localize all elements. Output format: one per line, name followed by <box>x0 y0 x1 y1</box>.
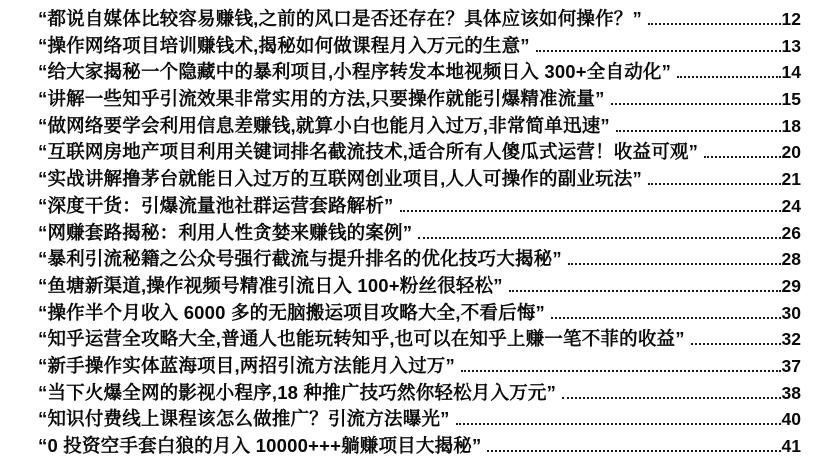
toc-entry-title: “网赚套路揭秘：利用人性贪婪来赚钱的案例” <box>38 219 412 245</box>
toc-entry-page: 15 <box>782 89 801 110</box>
dot-leader <box>704 156 780 158</box>
toc-entry-title: “操作网络项目培训赚钱术,揭秘如何做课程月入万元的生意” <box>38 32 530 58</box>
toc-entry[interactable]: “知乎运营全攻略大全,普通人也能玩转知乎,也可以在知乎上赚一笔不菲的收益” 32 <box>38 325 801 352</box>
toc-entry[interactable]: “做网络要学会利用信息差赚钱,就算小白也能月入过万,非常简单迅速” 18 <box>38 112 801 139</box>
dot-leader <box>400 210 781 212</box>
toc-entry-page: 38 <box>782 383 801 404</box>
dot-leader <box>536 50 781 52</box>
toc-entry-title: “深度干货：引爆流量池社群运营套路解析” <box>38 192 394 218</box>
toc-entry-page: 12 <box>782 9 801 30</box>
toc-entry[interactable]: “互联网房地产项目利用关键词排名截流技术,适合所有人傻瓜式运营！收益可观” 20 <box>38 138 801 165</box>
toc-entry-page: 29 <box>782 276 801 297</box>
toc-entry[interactable]: “给大家揭秘一个隐藏中的暴利项目,小程序转发本地视频日入 300+全自动化” 1… <box>38 58 801 85</box>
dot-leader <box>456 423 781 425</box>
toc-entry[interactable]: “0 投资空手套白狼的月入 10000+++躺赚项目大揭秘” 41 <box>38 432 801 459</box>
toc-entry[interactable]: “操作网络项目培训赚钱术,揭秘如何做课程月入万元的生意” 13 <box>38 32 801 59</box>
toc-entry-page: 26 <box>782 223 801 244</box>
toc-entry-page: 20 <box>782 142 801 163</box>
toc-entry-page: 40 <box>782 409 801 430</box>
toc-entry-title: “暴利引流秘籍之公众号强行截流与提升排名的优化技巧大揭秘” <box>38 245 562 271</box>
toc-entry[interactable]: “知识付费线上课程该怎么做推广？引流方法曝光” 40 <box>38 405 801 432</box>
toc-entry[interactable]: “鱼塘新渠道,操作视频号精准引流日入 100+粉丝很轻松” 29 <box>38 272 801 299</box>
toc-entry[interactable]: “讲解一些知乎引流效果非常实用的方法,只要操作就能引爆精准流量” 15 <box>38 85 801 112</box>
dot-leader <box>648 23 781 25</box>
toc-entry-title: “鱼塘新渠道,操作视频号精准引流日入 100+粉丝很轻松” <box>38 272 503 298</box>
toc-entry-title: “操作半个月收入 6000 多的无脑搬运项目攻略大全,不看后悔” <box>38 299 545 325</box>
toc-entry[interactable]: “实战讲解撸茅台就能日入过万的互联网创业项目,人人可操作的副业玩法” 21 <box>38 165 801 192</box>
toc-entry[interactable]: “都说自媒体比较容易赚钱,之前的风口是否还存在？具体应该如何操作？” 12 <box>38 5 801 32</box>
toc-entry-page: 28 <box>782 249 801 270</box>
toc-list: “都说自媒体比较容易赚钱,之前的风口是否还存在？具体应该如何操作？” 12 “操… <box>38 5 801 459</box>
toc-entry-title: “给大家揭秘一个隐藏中的暴利项目,小程序转发本地视频日入 300+全自动化” <box>38 58 671 84</box>
toc-entry-title: “都说自媒体比较容易赚钱,之前的风口是否还存在？具体应该如何操作？” <box>38 5 642 31</box>
toc-entry-page: 14 <box>782 62 801 83</box>
toc-entry-title: “0 投资空手套白狼的月入 10000+++躺赚项目大揭秘” <box>38 432 481 458</box>
toc-entry-title: “实战讲解撸茅台就能日入过万的互联网创业项目,人人可操作的副业玩法” <box>38 165 642 191</box>
toc-entry-title: “新手操作实体蓝海项目,两招引流方法能月入过万” <box>38 352 455 378</box>
toc-entry[interactable]: “操作半个月收入 6000 多的无脑搬运项目攻略大全,不看后悔” 30 <box>38 299 801 326</box>
toc-entry[interactable]: “深度干货：引爆流量池社群运营套路解析” 24 <box>38 192 801 219</box>
dot-leader <box>562 397 780 399</box>
dot-leader <box>611 103 781 105</box>
toc-entry-title: “做网络要学会利用信息差赚钱,就算小白也能月入过万,非常简单迅速” <box>38 112 610 138</box>
dot-leader <box>677 76 780 78</box>
toc-entry[interactable]: “当下火爆全网的影视小程序,18 种推广技巧然你轻松月入万元” 38 <box>38 379 801 406</box>
toc-entry-title: “知识付费线上课程该怎么做推广？引流方法曝光” <box>38 405 450 431</box>
toc-entry-title: “当下火爆全网的影视小程序,18 种推广技巧然你轻松月入万元” <box>38 379 556 405</box>
toc-entry-page: 13 <box>782 36 801 57</box>
toc-entry-page: 24 <box>782 196 801 217</box>
dot-leader <box>509 290 781 292</box>
toc-entry[interactable]: “新手操作实体蓝海项目,两招引流方法能月入过万” 37 <box>38 352 801 379</box>
dot-leader <box>551 317 781 319</box>
toc-entry-title: “讲解一些知乎引流效果非常实用的方法,只要操作就能引爆精准流量” <box>38 85 605 111</box>
toc-entry-title: “互联网房地产项目利用关键词排名截流技术,适合所有人傻瓜式运营！收益可观” <box>38 138 698 164</box>
dot-leader <box>648 183 781 185</box>
document-page: “都说自媒体比较容易赚钱,之前的风口是否还存在？具体应该如何操作？” 12 “操… <box>0 0 818 460</box>
dot-leader <box>487 450 780 452</box>
toc-entry-page: 18 <box>782 116 801 137</box>
dot-leader <box>691 343 781 345</box>
toc-entry-page: 37 <box>782 356 801 377</box>
toc-entry-title: “知乎运营全攻略大全,普通人也能玩转知乎,也可以在知乎上赚一笔不菲的收益” <box>38 325 685 351</box>
dot-leader <box>461 370 781 372</box>
toc-entry[interactable]: “网赚套路揭秘：利用人性贪婪来赚钱的案例” 26 <box>38 219 801 246</box>
toc-entry-page: 21 <box>782 169 801 190</box>
dot-leader <box>568 263 781 265</box>
toc-entry-page: 41 <box>782 436 801 457</box>
toc-entry-page: 30 <box>782 303 801 324</box>
toc-entry[interactable]: “暴利引流秘籍之公众号强行截流与提升排名的优化技巧大揭秘” 28 <box>38 245 801 272</box>
dot-leader <box>418 237 780 239</box>
toc-entry-page: 32 <box>782 329 801 350</box>
dot-leader <box>616 130 781 132</box>
